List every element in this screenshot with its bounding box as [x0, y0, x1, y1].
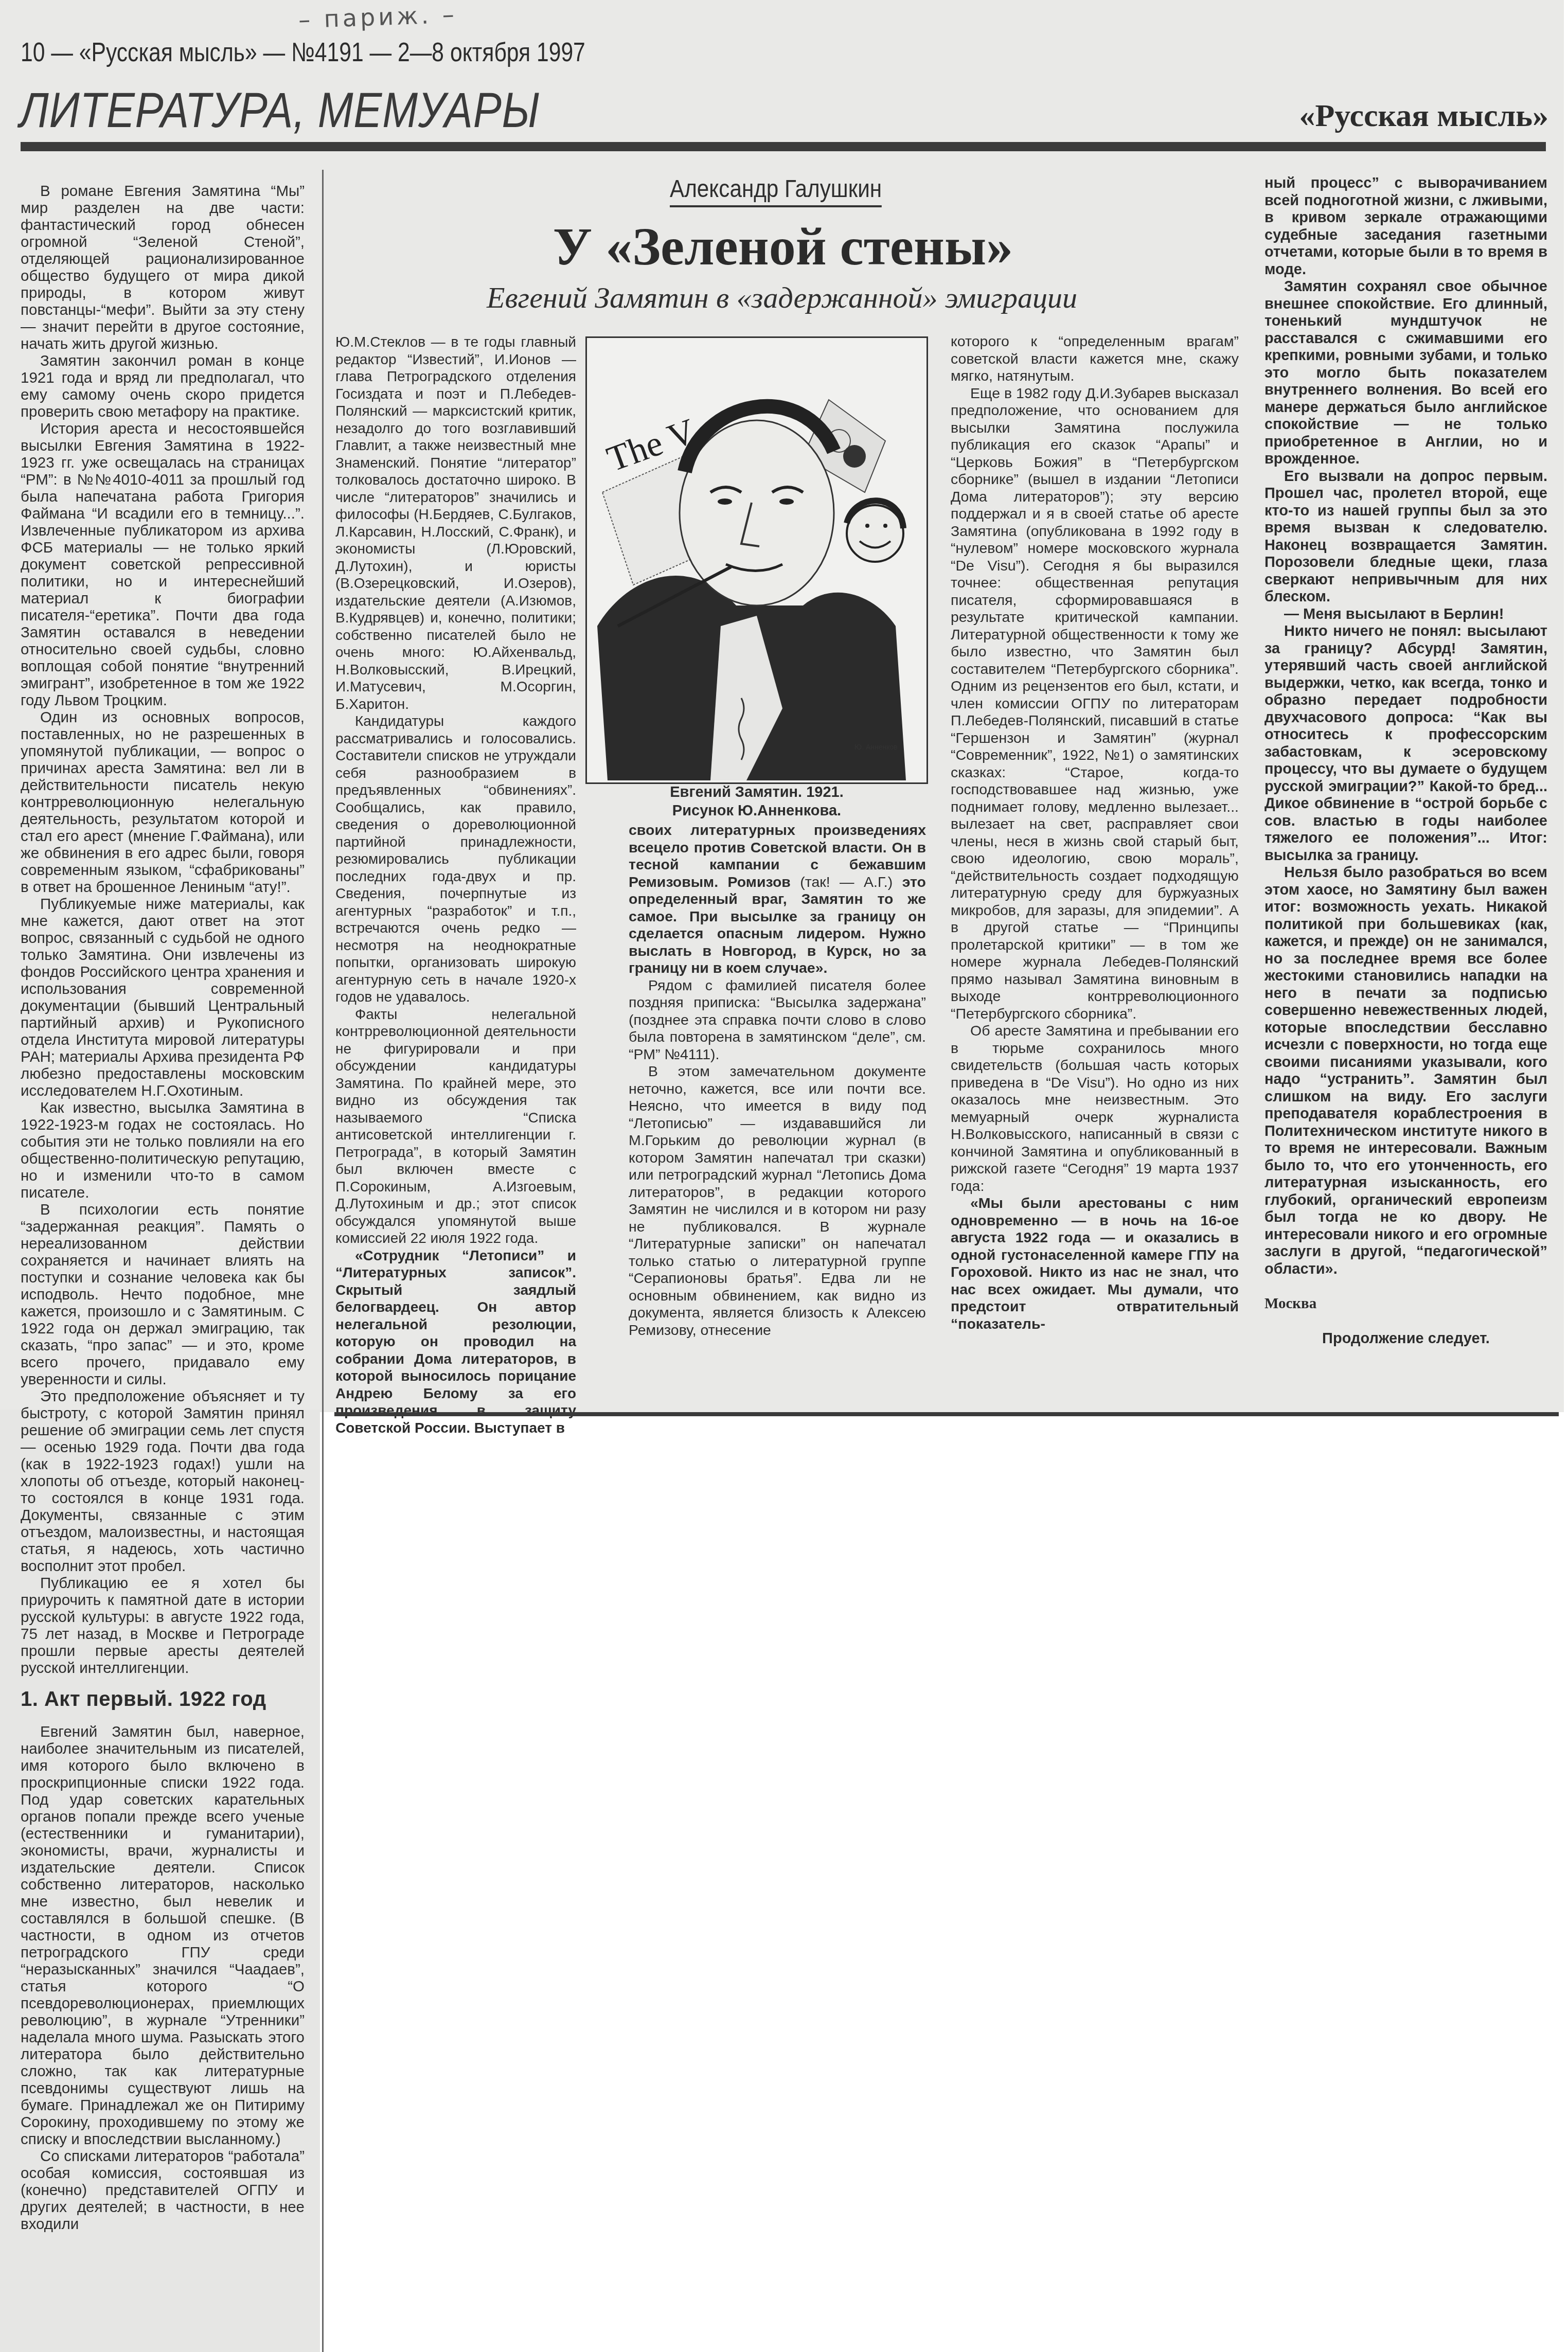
article-column-1: В романе Евгения Замятина “Мы” мир разде… [21, 183, 305, 2233]
paragraph: Это предположение объясняет и ту быстрот… [21, 1388, 305, 1575]
paragraph: Ю.М.Стеклов — в те годы главный редактор… [335, 333, 576, 712]
svg-text:Ю. Анненков: Ю. Анненков [854, 743, 898, 751]
paragraph: Еще в 1982 году Д.И.Зубарев высказал пре… [951, 385, 1239, 1023]
article-headline: У «Зеленой стены» [474, 216, 1092, 277]
article-byline: Александр Галушкин [670, 175, 882, 207]
illustration-caption: Евгений Замятин. 1921. Рисунок Ю.Анненко… [585, 783, 928, 820]
paragraph: Публикацию ее я хотел бы приурочить к па… [21, 1575, 305, 1677]
memoir-quote: Нельзя было разобраться во всем этом хао… [1264, 864, 1547, 1278]
caricature-portrait-icon: The V Ю. Анненков [587, 338, 926, 782]
bottom-rule [334, 1412, 1559, 1416]
memoir-quote: — Меня высылают в Берлин! [1264, 606, 1547, 623]
article-illustration: The V Ю. Анненков [585, 336, 928, 784]
paragraph: История ареста и несостоявшейся высылки … [21, 420, 305, 709]
paragraph: Об аресте Замятина и пребывании его в тю… [951, 1023, 1239, 1195]
column-divider [322, 170, 324, 2352]
dateline-place: Москва [1264, 1295, 1547, 1313]
paragraph: В этом замечательном документе неточно, … [629, 1063, 926, 1339]
memoir-quote: ный процесс” с выворачиванием всей подно… [1264, 175, 1547, 278]
paragraph: Кандидатуры каждого рассматривались и го… [335, 712, 576, 1006]
paragraph: которого к “определенным врагам” советск… [951, 333, 1239, 385]
memoir-quote: Никто ничего не понял: высылают за грани… [1264, 623, 1547, 864]
paragraph: В психологии есть понятие “задержанная р… [21, 1201, 305, 1388]
paragraph: В романе Евгения Замятина “Мы” мир разде… [21, 183, 305, 352]
caption-line: Евгений Замятин. 1921. [585, 783, 928, 801]
page-folio-line: 10 — «Русская мысль» — №4191 — 2—8 октяб… [21, 37, 585, 68]
article-column-2: Ю.М.Стеклов — в те годы главный редактор… [335, 333, 576, 1436]
article-column-3: своих литературных произведениях всецело… [629, 822, 926, 1339]
caption-line: Рисунок Ю.Анненкова. [585, 801, 928, 820]
quoted-document-excerpt: «Сотрудник “Летописи” и “Литературных за… [335, 1247, 576, 1437]
paragraph: Рядом с фамилией писателя более поздняя … [629, 977, 926, 1064]
article-column-5: ный процесс” с выворачиванием всей подно… [1264, 175, 1547, 1347]
memoir-quote: Замятин сохранял свое обычное внешнее сп… [1264, 278, 1547, 468]
paragraph: Один из основных вопросов, поставленных,… [21, 709, 305, 896]
paragraph: Евгений Замятин был, наверное, наиболее … [21, 1723, 305, 2148]
section-heading: 1. Акт первый. 1922 год [21, 1691, 305, 1708]
memoir-quote: Его вызвали на допрос первым. Прошел час… [1264, 468, 1547, 606]
article-column-4: которого к “определенным врагам” советск… [951, 333, 1239, 1333]
quoted-document-excerpt: своих литературных произведениях всецело… [629, 822, 926, 977]
paragraph: Со списками литераторов “работала” особа… [21, 2148, 305, 2233]
paragraph: Замятин закончил роман в конце 1921 года… [21, 352, 305, 420]
header-rule [21, 142, 1546, 151]
article-subheadline: Евгений Замятин в «задержанной» эмиграци… [432, 280, 1132, 315]
section-title: ЛИТЕРАТУРА, МЕМУАРЫ [20, 82, 540, 139]
newspaper-masthead: «Русская мысль» [1299, 98, 1548, 134]
memoir-quote: «Мы были арестованы с ним одновременно —… [951, 1195, 1239, 1333]
paragraph: Как известно, высылка Замятина в 1922-19… [21, 1099, 305, 1201]
to-be-continued-note: Продолжение следует. [1264, 1330, 1547, 1348]
handwritten-note: – париж. – [298, 1, 457, 34]
paragraph: Публикуемые ниже материалы, как мне каже… [21, 896, 305, 1099]
editorial-aside: (так! — А.Г.) [800, 874, 893, 890]
paragraph: Факты нелегальной контрреволюционной дея… [335, 1006, 576, 1247]
